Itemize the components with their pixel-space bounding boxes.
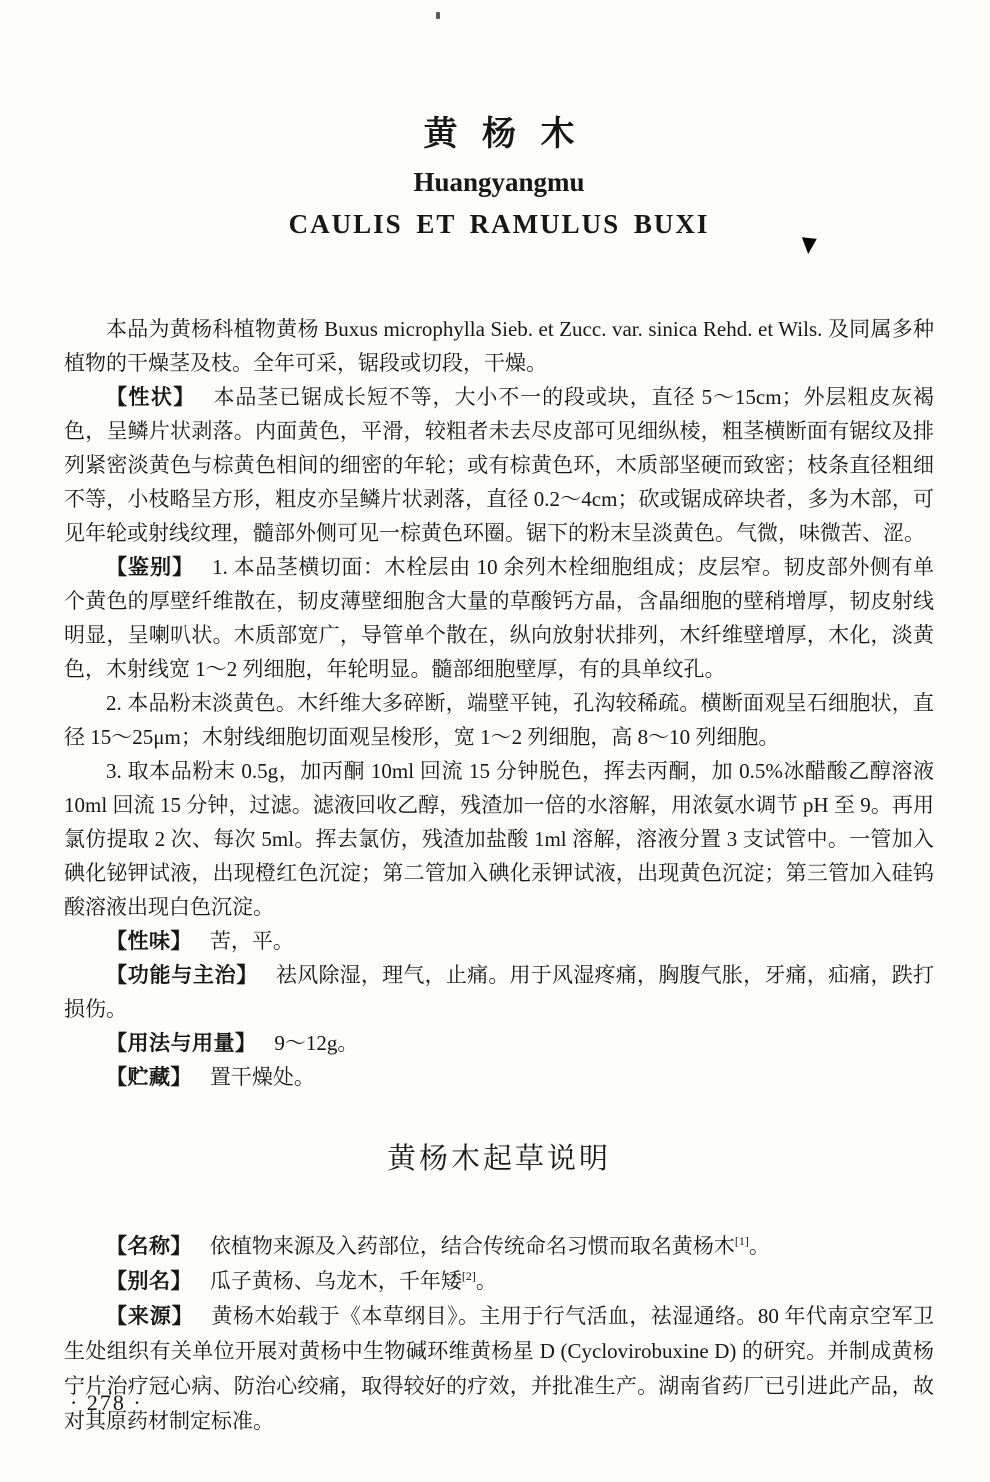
section-label: 【性状】 xyxy=(106,385,196,409)
scanned-document-page: 黄杨木 Huangyangmu CAULIS ET RAMULUS BUXI 本… xyxy=(0,0,990,1482)
page-number: · 278 · xyxy=(70,1390,143,1416)
jianbie-paragraph-1: 【鉴别】1. 本品茎横切面：木栓层由 10 余列木栓细胞组成；皮层窄。韧皮部外侧… xyxy=(64,550,934,686)
paragraph-text: 3. 取本品粉末 0.5g，加丙酮 10ml 回流 15 分钟脱色，挥去丙酮，加… xyxy=(64,759,934,919)
section-label: 【用法与用量】 xyxy=(106,1031,257,1055)
page-title-pinyin: Huangyangmu xyxy=(64,169,934,196)
paragraph-text: 苦，平。 xyxy=(210,929,294,953)
note-text: 依植物来源及入药部位，结合传统命名习惯而取名黄杨木 xyxy=(210,1234,735,1258)
intro-paragraph: 本品为黄杨科植物黄杨 Buxus microphylla Sieb. et Zu… xyxy=(64,312,934,380)
paragraph-text: 本品茎已锯成长短不等，大小不一的段或块，直径 5～15cm；外层粗皮灰褐色，呈鳞… xyxy=(64,385,934,545)
paragraph-text: 置干燥处。 xyxy=(210,1065,315,1089)
yongfa-paragraph: 【用法与用量】9～12g。 xyxy=(64,1026,934,1060)
zhucang-paragraph: 【贮藏】置干燥处。 xyxy=(64,1060,934,1094)
note-tail: 。 xyxy=(749,1234,770,1258)
note-tail: 。 xyxy=(476,1269,497,1293)
xingwei-paragraph: 【性味】苦，平。 xyxy=(64,924,934,958)
jianbie-paragraph-3: 3. 取本品粉末 0.5g，加丙酮 10ml 回流 15 分钟脱色，挥去丙酮，加… xyxy=(64,754,934,924)
ink-triangle-artifact xyxy=(800,237,817,254)
section-label: 【来源】 xyxy=(106,1304,194,1328)
page-title-chinese: 黄杨木 xyxy=(64,118,934,152)
section-label: 【性味】 xyxy=(106,929,192,953)
section-label: 【贮藏】 xyxy=(106,1065,192,1089)
paragraph-text: 2. 本品粉末淡黄色。木纤维大多碎断，端壁平钝，孔沟较稀疏。横断面观呈石细胞状，… xyxy=(64,691,934,749)
gongneng-paragraph: 【功能与主治】祛风除湿，理气，止痛。用于风湿疼痛，胸腹气胀，牙痛，疝痛，跌打损伤… xyxy=(64,958,934,1026)
xingzhuang-paragraph: 【性状】本品茎已锯成长短不等，大小不一的段或块，直径 5～15cm；外层粗皮灰褐… xyxy=(64,380,934,550)
notes-body: 【名称】依植物来源及入药部位，结合传统命名习惯而取名黄杨木[1]。 【别名】瓜子… xyxy=(64,1229,934,1439)
notes-section-heading: 黄杨木起草说明 xyxy=(64,1142,934,1177)
page-title-latin: CAULIS ET RAMULUS BUXI xyxy=(64,211,934,238)
paragraph-text: 本品为黄杨科植物黄杨 Buxus microphylla Sieb. et Zu… xyxy=(64,317,934,375)
section-label: 【名称】 xyxy=(106,1234,192,1258)
paragraph-text: 9～12g。 xyxy=(274,1031,358,1055)
scan-speck-artifact xyxy=(436,12,440,19)
monograph-body: 本品为黄杨科植物黄杨 Buxus microphylla Sieb. et Zu… xyxy=(64,312,934,1094)
mingcheng-note: 【名称】依植物来源及入药部位，结合传统命名习惯而取名黄杨木[1]。 xyxy=(64,1229,934,1264)
reference-superscript: [1] xyxy=(735,1234,749,1248)
reference-superscript: [2] xyxy=(462,1269,476,1283)
note-text: 瓜子黄杨、乌龙木，千年矮 xyxy=(210,1269,462,1293)
paragraph-text: 1. 本品茎横切面：木栓层由 10 余列木栓细胞组成；皮层窄。韧皮部外侧有单个黄… xyxy=(64,555,934,681)
section-label: 【功能与主治】 xyxy=(106,963,258,987)
section-label: 【别名】 xyxy=(106,1269,192,1293)
note-text: 黄杨木始载于《本草纲目》。主用于行气活血，祛湿通络。80 年代南京空军卫生处组织… xyxy=(64,1304,934,1433)
jianbie-paragraph-2: 2. 本品粉末淡黄色。木纤维大多碎断，端壁平钝，孔沟较稀疏。横断面观呈石细胞状，… xyxy=(64,686,934,754)
bieming-note: 【别名】瓜子黄杨、乌龙木，千年矮[2]。 xyxy=(64,1264,934,1299)
laiyuan-note: 【来源】黄杨木始载于《本草纲目》。主用于行气活血，祛湿通络。80 年代南京空军卫… xyxy=(64,1299,934,1439)
section-label: 【鉴别】 xyxy=(106,555,194,579)
